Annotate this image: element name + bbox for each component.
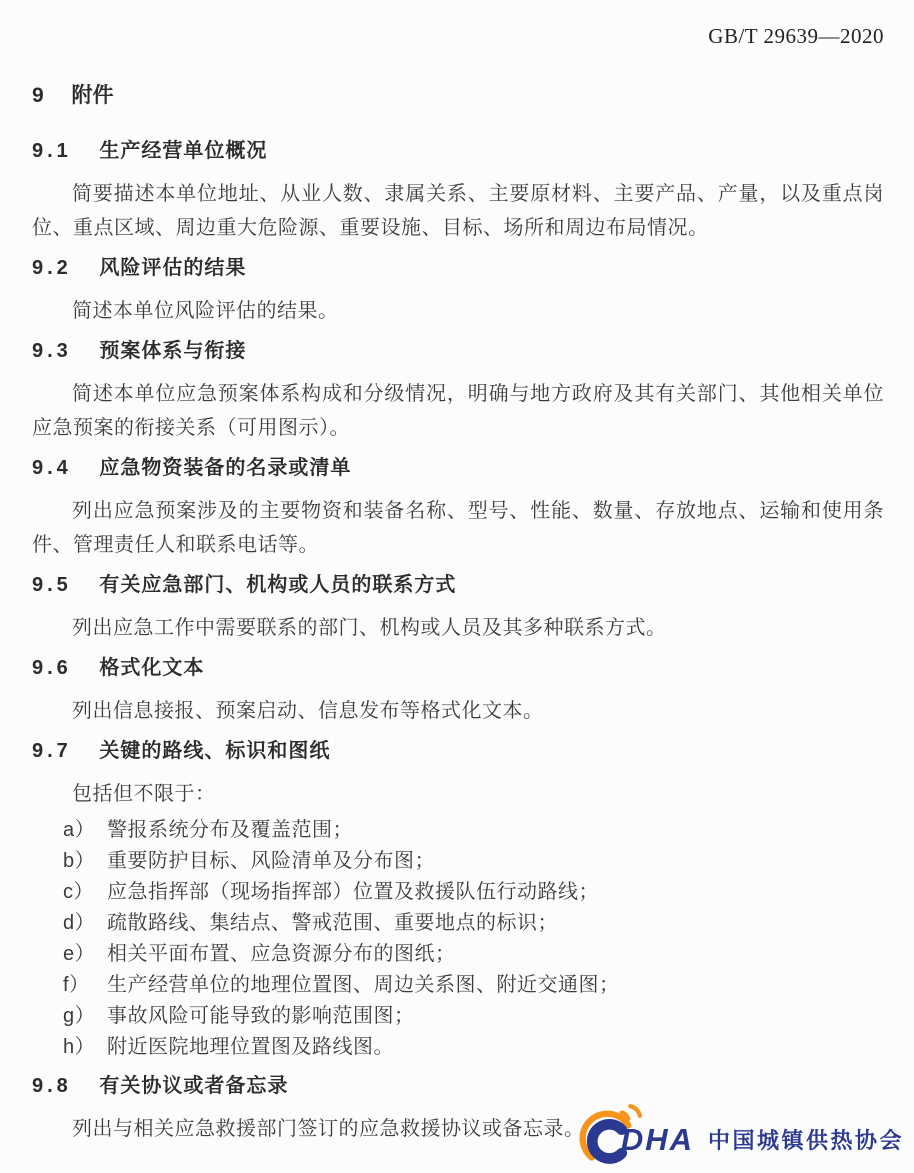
section-number: 9.8 xyxy=(32,1075,72,1097)
section-title: 格式化文本 xyxy=(99,657,204,679)
section-number: 9.3 xyxy=(32,340,72,362)
cdha-logo: DHA 中国城镇供热协会 xyxy=(573,1103,904,1167)
list-item: g） 事故风险可能导致的影响范围图； xyxy=(63,1001,884,1032)
list-item-marker: a） xyxy=(63,815,107,846)
section-number: 9.2 xyxy=(32,257,72,279)
list-item: a） 警报系统分布及覆盖范围； xyxy=(63,815,884,846)
list-item-text: 警报系统分布及覆盖范围； xyxy=(107,815,884,846)
list-item-marker: c） xyxy=(63,877,107,908)
standard-code: GB/T 29639—2020 xyxy=(32,24,884,48)
list-item-marker: e） xyxy=(63,939,107,970)
list-item-text: 附近医院地理位置图及路线图。 xyxy=(107,1032,884,1063)
section-paragraph: 简要描述本单位地址、从业人数、隶属关系、主要原材料、主要产品、产量，以及重点岗位… xyxy=(32,177,884,245)
list-item-text: 相关平面布置、应急资源分布的图纸； xyxy=(107,939,884,970)
section-heading: 9.4 应急物资装备的名录或清单 xyxy=(32,455,884,481)
section-heading: 9.8 有关协议或者备忘录 xyxy=(32,1073,884,1099)
chapter-heading: 9 附件 xyxy=(32,82,884,110)
list-item: d） 疏散路线、集结点、警戒范围、重要地点的标识； xyxy=(63,908,884,939)
list-item: h） 附近医院地理位置图及路线图。 xyxy=(63,1032,884,1063)
section-heading: 9.3 预案体系与衔接 xyxy=(32,338,884,364)
section-title: 关键的路线、标识和图纸 xyxy=(99,740,330,762)
list-item-marker: f） xyxy=(63,970,107,1001)
section-heading: 9.1 生产经营单位概况 xyxy=(32,138,884,164)
list-item: f） 生产经营单位的地理位置图、周边关系图、附近交通图； xyxy=(63,970,884,1001)
list-item: b） 重要防护目标、风险清单及分布图； xyxy=(63,846,884,877)
section-heading: 9.6 格式化文本 xyxy=(32,655,884,681)
list-item-marker: d） xyxy=(63,908,107,939)
lettered-list: a） 警报系统分布及覆盖范围； b） 重要防护目标、风险清单及分布图； c） 应… xyxy=(63,815,884,1063)
section-9-2: 9.2 风险评估的结果 简述本单位风险评估的结果。 xyxy=(32,255,884,328)
section-paragraph: 列出信息接报、预案启动、信息发布等格式化文本。 xyxy=(32,694,884,728)
list-item-marker: b） xyxy=(63,846,107,877)
section-number: 9.7 xyxy=(32,740,72,762)
list-item-text: 疏散路线、集结点、警戒范围、重要地点的标识； xyxy=(107,908,884,939)
section-title: 应急物资装备的名录或清单 xyxy=(99,457,351,479)
section-9-7: 9.7 关键的路线、标识和图纸 包括但不限于： a） 警报系统分布及覆盖范围； … xyxy=(32,738,884,1063)
section-heading: 9.7 关键的路线、标识和图纸 xyxy=(32,738,884,764)
section-title: 风险评估的结果 xyxy=(99,257,246,279)
section-intro: 包括但不限于： xyxy=(32,777,884,811)
section-paragraph: 列出应急工作中需要联系的部门、机构或人员及其多种联系方式。 xyxy=(32,611,884,645)
list-item-text: 应急指挥部（现场指挥部）位置及救援队伍行动路线； xyxy=(107,877,884,908)
chapter-number: 9 xyxy=(32,84,46,107)
section-9-1: 9.1 生产经营单位概况 简要描述本单位地址、从业人数、隶属关系、主要原材料、主… xyxy=(32,138,884,245)
document-page: GB/T 29639—2020 9 附件 9.1 生产经营单位概况 简要描述本单… xyxy=(0,0,914,1173)
list-item-text: 生产经营单位的地理位置图、周边关系图、附近交通图； xyxy=(107,970,884,1001)
section-title: 有关协议或者备忘录 xyxy=(99,1075,288,1097)
chapter-title: 附件 xyxy=(72,84,114,107)
logo-acronym: DHA xyxy=(621,1122,694,1158)
section-9-5: 9.5 有关应急部门、机构或人员的联系方式 列出应急工作中需要联系的部门、机构或… xyxy=(32,572,884,645)
section-number: 9.5 xyxy=(32,574,72,596)
section-title: 有关应急部门、机构或人员的联系方式 xyxy=(99,574,456,596)
section-paragraph: 简述本单位应急预案体系构成和分级情况，明确与地方政府及其有关部门、其他相关单位应… xyxy=(32,377,884,445)
section-paragraph: 简述本单位风险评估的结果。 xyxy=(32,294,884,328)
section-9-4: 9.4 应急物资装备的名录或清单 列出应急预案涉及的主要物资和装备名称、型号、性… xyxy=(32,455,884,562)
section-9-6: 9.6 格式化文本 列出信息接报、预案启动、信息发布等格式化文本。 xyxy=(32,655,884,728)
list-item: e） 相关平面布置、应急资源分布的图纸； xyxy=(63,939,884,970)
logo-name: 中国城镇供热协会 xyxy=(708,1124,904,1155)
list-item-marker: g） xyxy=(63,1001,107,1032)
section-number: 9.1 xyxy=(32,140,72,162)
section-paragraph: 列出应急预案涉及的主要物资和装备名称、型号、性能、数量、存放地点、运输和使用条件… xyxy=(32,494,884,562)
list-item: c） 应急指挥部（现场指挥部）位置及救援队伍行动路线； xyxy=(63,877,884,908)
section-heading: 9.2 风险评估的结果 xyxy=(32,255,884,281)
section-title: 预案体系与衔接 xyxy=(99,340,246,362)
list-item-marker: h） xyxy=(63,1032,107,1063)
section-9-3: 9.3 预案体系与衔接 简述本单位应急预案体系构成和分级情况，明确与地方政府及其… xyxy=(32,338,884,445)
section-title: 生产经营单位概况 xyxy=(99,140,267,162)
section-heading: 9.5 有关应急部门、机构或人员的联系方式 xyxy=(32,572,884,598)
section-number: 9.6 xyxy=(32,657,72,679)
list-item-text: 事故风险可能导致的影响范围图； xyxy=(107,1001,884,1032)
list-item-text: 重要防护目标、风险清单及分布图； xyxy=(107,846,884,877)
section-number: 9.4 xyxy=(32,457,72,479)
